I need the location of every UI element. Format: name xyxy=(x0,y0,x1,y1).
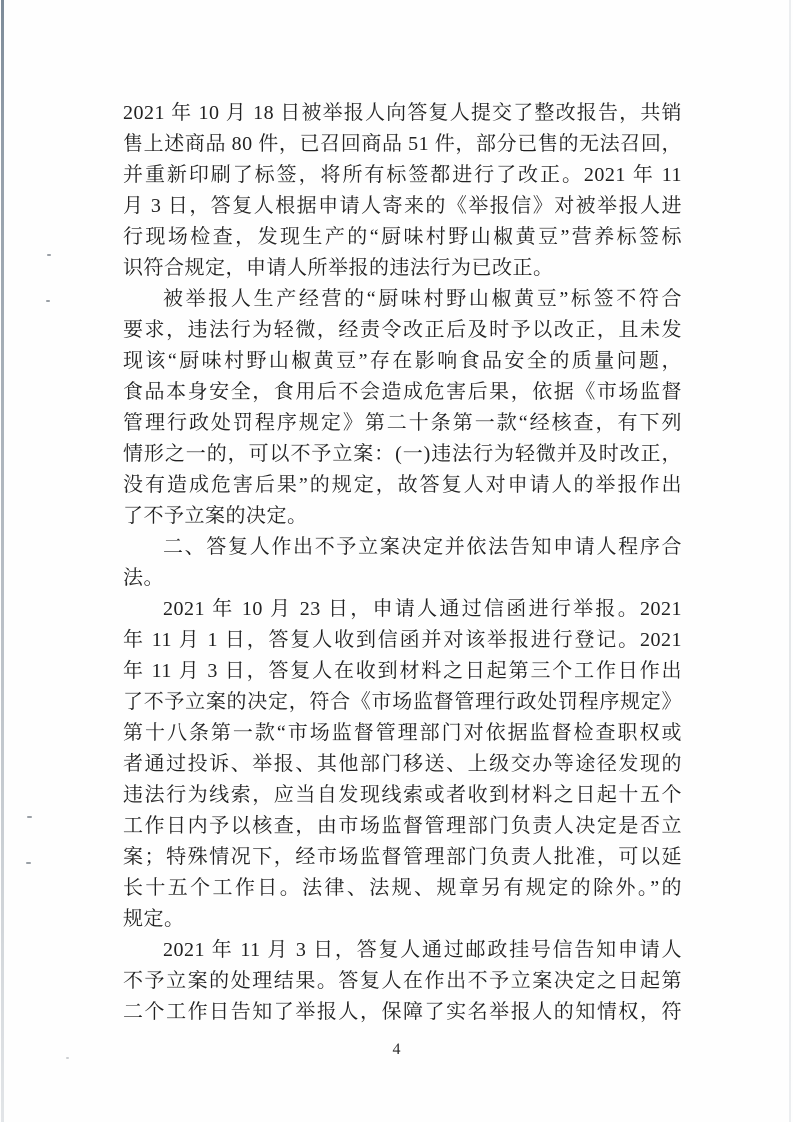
text-line: 2021 年 11 月 3 日，答复人通过邮政挂号信告知申请人 xyxy=(123,935,682,966)
text-line: 不予立案的处理结果。答复人在作出不予立案决定之日起第 xyxy=(123,966,682,997)
text-line: 被举报人生产经营的“厨味村野山椒黄豆”标签不符合 xyxy=(123,284,682,315)
text-line: 2021 年 10 月 18 日被举报人向答复人提交了整改报告，共销 xyxy=(123,98,682,129)
text-line: 现该“厨味村野山椒黄豆”存在影响食品安全的质量问题， xyxy=(123,346,682,377)
text-line: 行现场检查，发现生产的“厨味村野山椒黄豆”营养标签标 xyxy=(123,222,682,253)
text-line: 第十八条第一款“市场监督管理部门对依据监督检查职权或 xyxy=(123,718,682,749)
document-body: 2021 年 10 月 18 日被举报人向答复人提交了整改报告，共销售上述商品 … xyxy=(123,98,682,1028)
paragraph: 2021 年 10 月 23 日，申请人通过信函进行举报。2021年 11 月 … xyxy=(123,594,682,935)
text-line: 违法行为线索，应当自发现线索或者收到材料之日起十五个 xyxy=(123,780,682,811)
scan-edge-artifact-left xyxy=(1,0,4,1122)
scan-speck xyxy=(27,816,32,818)
text-line: 者通过投诉、举报、其他部门移送、上级交办等途径发现的 xyxy=(123,749,682,780)
paragraph: 二、答复人作出不予立案决定并依法告知申请人程序合法。 xyxy=(123,532,682,594)
paragraph: 被举报人生产经营的“厨味村野山椒黄豆”标签不符合要求，违法行为轻微，经责令改正后… xyxy=(123,284,682,532)
text-line: 并重新印刷了标签，将所有标签都进行了改正。2021 年 11 xyxy=(123,160,682,191)
text-line: 法。 xyxy=(123,563,682,594)
text-line: 二、答复人作出不予立案决定并依法告知申请人程序合 xyxy=(123,532,682,563)
text-line: 识符合规定，申请人所举报的违法行为已改正。 xyxy=(123,253,682,284)
paragraph: 2021 年 11 月 3 日，答复人通过邮政挂号信告知申请人不予立案的处理结果… xyxy=(123,935,682,1028)
text-line: 二个工作日告知了举报人，保障了实名举报人的知情权，符 xyxy=(123,997,682,1028)
document-page: 2021 年 10 月 18 日被举报人向答复人提交了整改报告，共销售上述商品 … xyxy=(0,0,793,1122)
text-line: 情形之一的，可以不予立案：(一)违法行为轻微并及时改正， xyxy=(123,439,682,470)
text-line: 年 11 月 3 日，答复人在收到材料之日起第三个工作日作出 xyxy=(123,656,682,687)
text-line: 了不予立案的决定，符合《市场监督管理行政处罚程序规定》 xyxy=(123,687,682,718)
text-line: 工作日内予以核查，由市场监督管理部门负责人决定是否立 xyxy=(123,811,682,842)
paragraph: 2021 年 10 月 18 日被举报人向答复人提交了整改报告，共销售上述商品 … xyxy=(123,98,682,284)
text-line: 没有造成危害后果”的规定，故答复人对申请人的举报作出 xyxy=(123,470,682,501)
text-line: 售上述商品 80 件，已召回商品 51 件，部分已售的无法召回， xyxy=(123,129,682,160)
text-line: 案；特殊情况下，经市场监督管理部门负责人批准，可以延 xyxy=(123,842,682,873)
text-line: 年 11 月 1 日，答复人收到信函并对该举报进行登记。2021 xyxy=(123,625,682,656)
scan-speck xyxy=(26,862,31,864)
text-line: 2021 年 10 月 23 日，申请人通过信函进行举报。2021 xyxy=(123,594,682,625)
text-line: 要求，违法行为轻微，经责令改正后及时予以改正，且未发 xyxy=(123,315,682,346)
scan-speck xyxy=(46,300,50,302)
text-line: 管理行政处罚程序规定》第二十条第一款“经核查，有下列 xyxy=(123,408,682,439)
text-line: 规定。 xyxy=(123,904,682,935)
text-line: 月 3 日，答复人根据申请人寄来的《举报信》对被举报人进 xyxy=(123,191,682,222)
scan-speck xyxy=(47,254,51,256)
page-number: 4 xyxy=(0,1041,793,1059)
text-line: 食品本身安全，食用后不会造成危害后果，依据《市场监督 xyxy=(123,377,682,408)
text-line: 了不予立案的决定。 xyxy=(123,501,682,532)
text-line: 长十五个工作日。法律、法规、规章另有规定的除外。”的 xyxy=(123,873,682,904)
scan-edge-artifact-right xyxy=(789,0,791,1122)
